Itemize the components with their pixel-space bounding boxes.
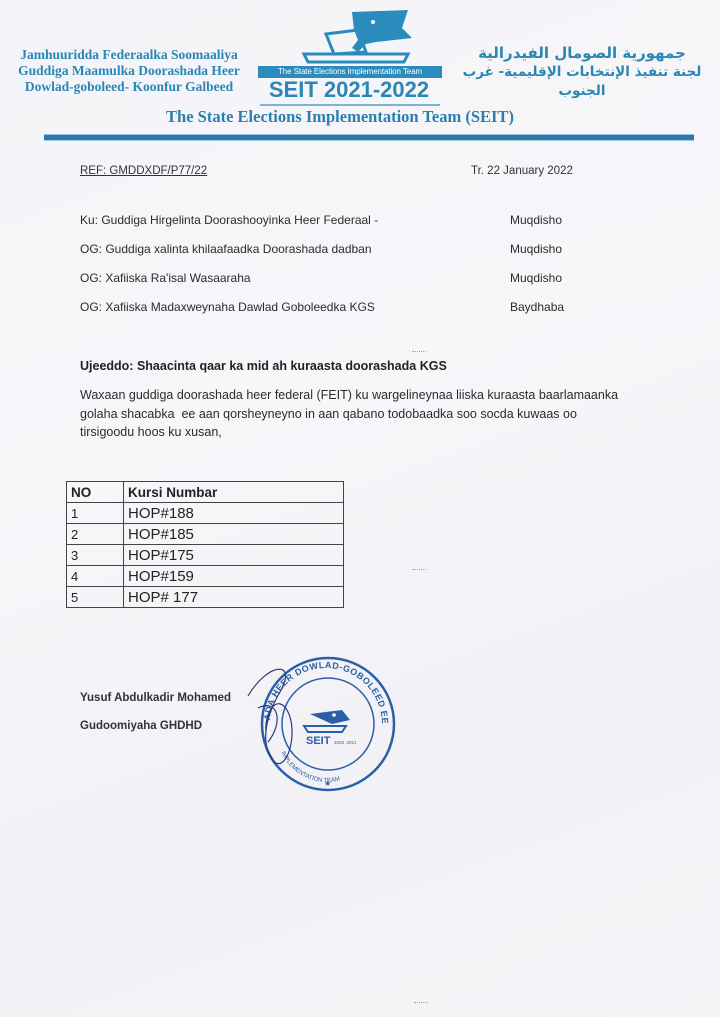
row-number: 3 — [67, 545, 124, 566]
stamp-center-label: SEIT — [306, 735, 331, 747]
letterhead-line-arabic: جمهورية الصومال الفيدرالية — [452, 44, 712, 63]
table-row: 1 HOP#188 — [67, 503, 344, 524]
table-header-row: NO Kursi Numbar — [67, 482, 344, 503]
letterhead-line: Dowlad-goboleed- Koonfur Galbeed — [4, 79, 254, 95]
letterhead-arabic: جمهورية الصومال الفيدرالية لجنة تنفيذ ال… — [452, 44, 712, 101]
letterhead-line-arabic: لجنة تنفيذ الإنتخابات الإقليمية- غرب الج… — [452, 63, 712, 101]
column-header-seat: Kursi Numbar — [124, 482, 344, 503]
body-line: tirsigoodu hoos ku xusan, — [80, 423, 660, 442]
recipient-name: OG: Guddiga xalinta khilaafaadka Doorash… — [80, 242, 372, 271]
row-number: 2 — [67, 524, 124, 545]
recipient-row: OG: Xafiiska Ra'isal Wasaaraha Muqdisho — [80, 271, 600, 300]
recipient-name: OG: Xafiiska Madaxweynaha Dawlad Gobolee… — [80, 300, 375, 329]
row-number: 4 — [67, 566, 124, 587]
signer-title: Gudoomiyaha GHDHD — [80, 712, 231, 740]
signature-block: Yusuf Abdulkadir Mohamed Gudoomiyaha GHD… — [80, 684, 231, 740]
letterhead-line: Jamhuuridda Federaalka Soomaaliya — [4, 47, 254, 63]
seat-code: HOP#159 — [124, 566, 344, 587]
body-line: Waxaan guddiga doorashada heer federal (… — [80, 386, 660, 405]
seat-code: HOP#188 — [124, 503, 344, 524]
letter-subject: Ujeeddo: Shaacinta qaar ka mid ah kuraas… — [80, 359, 447, 373]
letter-date: Tr. 22 January 2022 — [471, 165, 573, 177]
recipient-list: Ku: Guddiga Hirgelinta Doorashooyinka He… — [80, 213, 600, 329]
logo-rule — [260, 104, 440, 106]
recipient-location: Muqdisho — [510, 271, 600, 300]
letterhead-line: Guddiga Maamulka Doorashada Heer — [4, 63, 254, 79]
seat-code: HOP#185 — [124, 524, 344, 545]
recipient-location: Muqdisho — [510, 213, 600, 242]
stamp-logo-icon — [310, 710, 350, 724]
svg-text:★: ★ — [324, 779, 331, 788]
logo-title: SEIT 2021-2022 — [256, 78, 442, 102]
seat-code: HOP# 177 — [124, 587, 344, 608]
header-divider — [44, 134, 694, 141]
official-stamp: ADA HEER DOWLAD-GOBOLEED EE KOO IMPLEMEN… — [238, 652, 398, 792]
reference-number: REF: GMDDXDF/P77/22 — [80, 165, 207, 177]
recipient-row: OG: Xafiiska Madaxweynaha Dawlad Gobolee… — [80, 300, 600, 329]
table-row: 4 HOP#159 — [67, 566, 344, 587]
recipient-row: OG: Guddiga xalinta khilaafaadka Doorash… — [80, 242, 600, 271]
row-number: 5 — [67, 587, 124, 608]
letterhead-somali: Jamhuuridda Federaalka Soomaaliya Guddig… — [4, 47, 254, 95]
recipient-name: OG: Xafiiska Ra'isal Wasaaraha — [80, 271, 251, 300]
seit-logo: The State Elections Implementation Team … — [256, 8, 442, 100]
table-row: 3 HOP#175 — [67, 545, 344, 566]
scan-artifact — [412, 569, 426, 573]
recipient-location: Muqdisho — [510, 242, 600, 271]
row-number: 1 — [67, 503, 124, 524]
column-header-no: NO — [67, 482, 124, 503]
table-row: 5 HOP# 177 — [67, 587, 344, 608]
svg-text:IMPLEMENTATION TEAM: IMPLEMENTATION TEAM — [280, 751, 341, 784]
recipient-row: Ku: Guddiga Hirgelinta Doorashooyinka He… — [80, 213, 600, 242]
letter-body: Waxaan guddiga doorashada heer federal (… — [80, 386, 660, 442]
stamp-center-years: 2020 2021 — [334, 740, 357, 745]
recipient-name: Ku: Guddiga Hirgelinta Doorashooyinka He… — [80, 213, 378, 242]
scan-artifact — [412, 351, 426, 355]
recipient-location: Baydhaba — [510, 300, 600, 329]
letterhead-subtitle: The State Elections Implementation Team … — [0, 107, 680, 127]
scan-artifact — [414, 1002, 428, 1006]
signer-name: Yusuf Abdulkadir Mohamed — [80, 684, 231, 712]
seats-table: NO Kursi Numbar 1 HOP#188 2 HOP#185 3 HO… — [66, 481, 344, 608]
table-row: 2 HOP#185 — [67, 524, 344, 545]
body-line: golaha shacabka ee aan qorsheyneyno in a… — [80, 405, 660, 424]
seat-code: HOP#175 — [124, 545, 344, 566]
ballot-box-hand-icon — [296, 8, 416, 66]
